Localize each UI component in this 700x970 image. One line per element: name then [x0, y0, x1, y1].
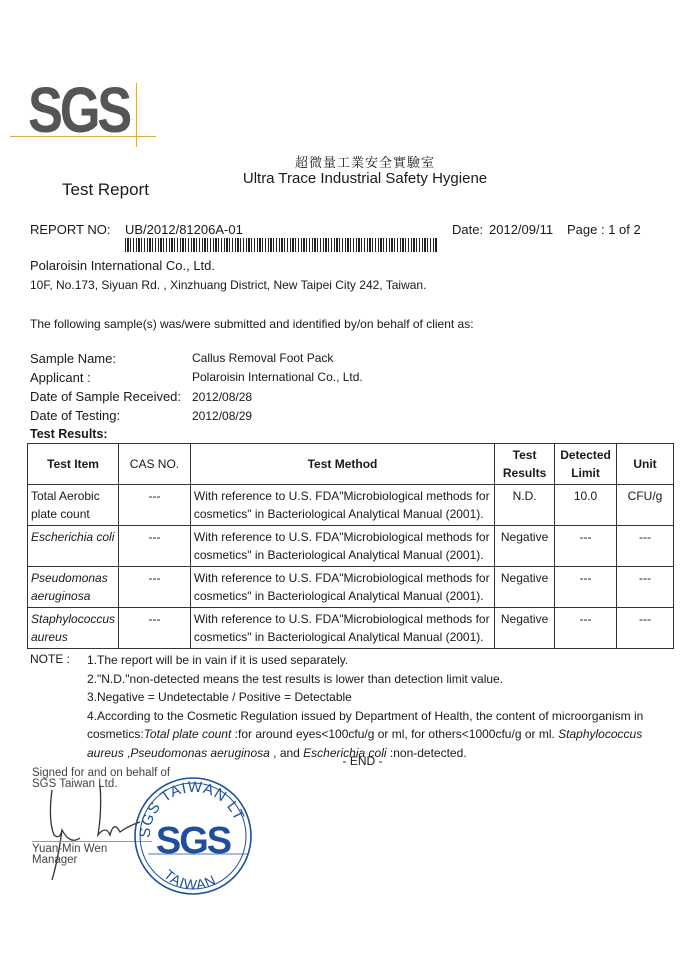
client-address: 10F, No.173, Siyuan Rd. , Xinzhuang Dist…: [30, 278, 426, 292]
date-testing-value: 2012/08/29: [192, 409, 252, 423]
header-test-item: Test Item: [28, 444, 119, 485]
report-date: 2012/09/11: [489, 222, 553, 237]
test-method: With reference to U.S. FDA"Microbiologic…: [190, 608, 494, 649]
header-detected-limit: Detected Limit: [555, 444, 617, 485]
note-label: NOTE :: [30, 652, 70, 666]
table-header-row: Test Item CAS NO. Test Method Test Resul…: [28, 444, 674, 485]
sgs-logo: SGS: [28, 78, 129, 142]
date-testing-label: Date of Testing:: [30, 408, 120, 423]
stamp-center-text: SGS: [156, 820, 231, 862]
sample-name-value: Callus Removal Foot Pack: [192, 351, 333, 365]
header-cas-no: CAS NO.: [119, 444, 191, 485]
test-item: Staphylococcus aureus: [28, 608, 119, 649]
table-row: Escherichia coli --- With reference to U…: [28, 526, 674, 567]
lab-name-chinese: 超微量工業安全實驗室: [0, 152, 700, 171]
date-received-label: Date of Sample Received:: [30, 389, 181, 404]
cas-no: ---: [119, 485, 191, 526]
note-item: 2."N.D."non-detected means the test resu…: [87, 670, 667, 689]
sgs-taiwan-stamp: SGS TAIWAN LTD SGS TAIWAN: [128, 768, 258, 898]
test-method: With reference to U.S. FDA"Microbiologic…: [190, 526, 494, 567]
cas-no: ---: [119, 567, 191, 608]
note-item: 3.Negative = Undetectable / Positive = D…: [87, 688, 667, 707]
test-method: With reference to U.S. FDA"Microbiologic…: [190, 485, 494, 526]
test-result: Negative: [495, 608, 555, 649]
logo-accent-line: [10, 136, 156, 137]
test-results-title: Test Results:: [30, 427, 108, 441]
unit: ---: [617, 567, 674, 608]
report-no: UB/2012/81206A-01: [125, 222, 243, 237]
header-test-method: Test Method: [190, 444, 494, 485]
test-result: Negative: [495, 526, 555, 567]
detected-limit: ---: [555, 567, 617, 608]
notes-list: 1.The report will be in vain if it is us…: [87, 651, 667, 762]
end-marker: - END -: [0, 754, 700, 768]
test-method: With reference to U.S. FDA"Microbiologic…: [190, 567, 494, 608]
report-no-label: REPORT NO:: [30, 222, 110, 237]
unit: ---: [617, 608, 674, 649]
signer-title: Manager: [32, 855, 107, 866]
lab-name-english: Ultra Trace Industrial Safety Hygiene: [0, 170, 700, 187]
detected-limit: ---: [555, 608, 617, 649]
applicant-value: Polaroisin International Co., Ltd.: [192, 370, 363, 384]
test-result: N.D.: [495, 485, 555, 526]
test-item: Escherichia coli: [28, 526, 119, 567]
test-item: Total Aerobic plate count: [28, 485, 119, 526]
table-row: Pseudomonas aeruginosa --- With referenc…: [28, 567, 674, 608]
detected-limit: ---: [555, 526, 617, 567]
unit: CFU/g: [617, 485, 674, 526]
note-item: 1.The report will be in vain if it is us…: [87, 651, 667, 670]
date-received-value: 2012/08/28: [192, 390, 252, 404]
header-test-results: Test Results: [495, 444, 555, 485]
table-row: Staphylococcus aureus --- With reference…: [28, 608, 674, 649]
header-unit: Unit: [617, 444, 674, 485]
test-item: Pseudomonas aeruginosa: [28, 567, 119, 608]
sample-name-label: Sample Name:: [30, 351, 116, 366]
barcode: [125, 238, 437, 252]
intro-text: The following sample(s) was/were submitt…: [30, 317, 474, 331]
unit: ---: [617, 526, 674, 567]
test-results-table: Test Item CAS NO. Test Method Test Resul…: [27, 443, 674, 649]
detected-limit: 10.0: [555, 485, 617, 526]
table-row: Total Aerobic plate count --- With refer…: [28, 485, 674, 526]
test-result: Negative: [495, 567, 555, 608]
page-indicator: Page : 1 of 2: [567, 222, 641, 237]
date-label: Date:: [452, 222, 483, 237]
cas-no: ---: [119, 608, 191, 649]
cas-no: ---: [119, 526, 191, 567]
logo-accent-line-vertical: [136, 83, 137, 147]
signer-info: Yuan-Min Wen Manager: [32, 844, 107, 866]
applicant-label: Applicant :: [30, 370, 91, 385]
client-company: Polaroisin International Co., Ltd.: [30, 258, 215, 273]
